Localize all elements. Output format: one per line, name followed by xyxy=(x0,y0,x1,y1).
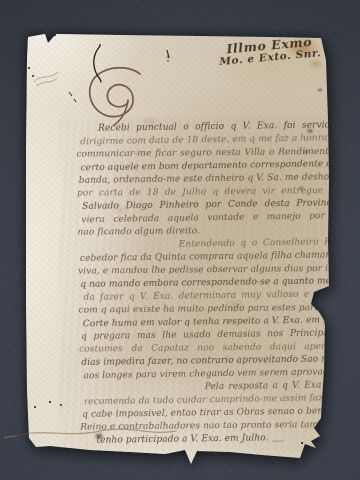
ink-speck-layer xyxy=(0,0,360,480)
manuscript-line: recomenda da tudo cuidar cumprindo-me as… xyxy=(84,392,342,409)
manuscript-line: viera celebrada aquela vontade e manejo … xyxy=(81,210,339,227)
manuscript-line: Corte huma em valor q tenha respeito a V… xyxy=(83,314,341,331)
manuscript-line: dias impedira fazer, no contrario aprove… xyxy=(81,353,339,370)
manuscript-line: por carta de 18 de Julho q devera vir en… xyxy=(77,185,335,201)
manuscript-line: q cabe impossivel, entao tirar as Obras … xyxy=(82,405,340,422)
manuscript-line: costumes da Capataz nao sabendo daqui ap… xyxy=(79,341,337,357)
manuscript-line: Reino e contrabalhadores nao tao pronto … xyxy=(80,419,338,435)
manuscript-line: da fazer q V. Exa. determinara muy valio… xyxy=(83,288,341,305)
manuscript-line: nao ficando algum direito. xyxy=(77,224,335,240)
manuscript-line: banda, ordenando-me este dinheiro q V. S… xyxy=(79,171,337,188)
manuscript-line: Recebi punctual o officio q V. Exa. foi … xyxy=(78,119,336,136)
photo-background: Illmo Exmo Mo. e Exto. Snr. Recebi punct… xyxy=(0,0,360,480)
manuscript-line: Pela resposta a q V. Exa. me xyxy=(85,379,343,396)
ink-bleedthrough xyxy=(60,118,338,450)
manuscript-line: q nao mando embora correspondendo-se a q… xyxy=(80,275,338,292)
manuscript-line: com q aqui existe ha muito pedindo para … xyxy=(79,302,337,318)
manuscript-line: Entendendo q o Conselheiro Re- xyxy=(82,236,340,253)
manuscript-line: viva, e mandou lhe pedisse observar algu… xyxy=(78,263,336,279)
salutation: Illmo Exmo Mo. e Exto. Snr. xyxy=(208,34,332,69)
stain-layer xyxy=(0,0,360,480)
manuscript-line: q pregara mas lhe usado demasias nos Pri… xyxy=(81,327,339,344)
manuscript-body: Recebi punctual o officio q V. Exa. foi … xyxy=(78,119,341,448)
manuscript-line: certo aquele em bom departamento corresp… xyxy=(81,158,339,175)
salutation-line: Illmo Exmo xyxy=(208,34,331,57)
manuscript-paper: Illmo Exmo Mo. e Exto. Snr. Recebi punct… xyxy=(0,0,360,480)
manuscript-line: Salvado Diogo Pinheiro por Conde desta P… xyxy=(82,197,340,214)
manuscript-line: aos longes para virem chegando vem serem… xyxy=(83,366,341,383)
calligraphy-flourish-icon xyxy=(84,66,148,126)
manuscript-line: tenho participado a V. Exa. em Julho. xyxy=(82,431,340,448)
paper-shadow-wrap: Illmo Exmo Mo. e Exto. Snr. Recebi punct… xyxy=(0,0,360,480)
salutation-line: Mo. e Exto. Snr. xyxy=(209,46,332,69)
manuscript-line: cebedor fica da Quinta comprara aquela f… xyxy=(80,249,338,266)
manuscript-line: dirigirme com data de 18 deste, em q me … xyxy=(80,132,338,149)
manuscript-line: communicar-me ficar seguro nesta Villa o… xyxy=(76,146,334,162)
